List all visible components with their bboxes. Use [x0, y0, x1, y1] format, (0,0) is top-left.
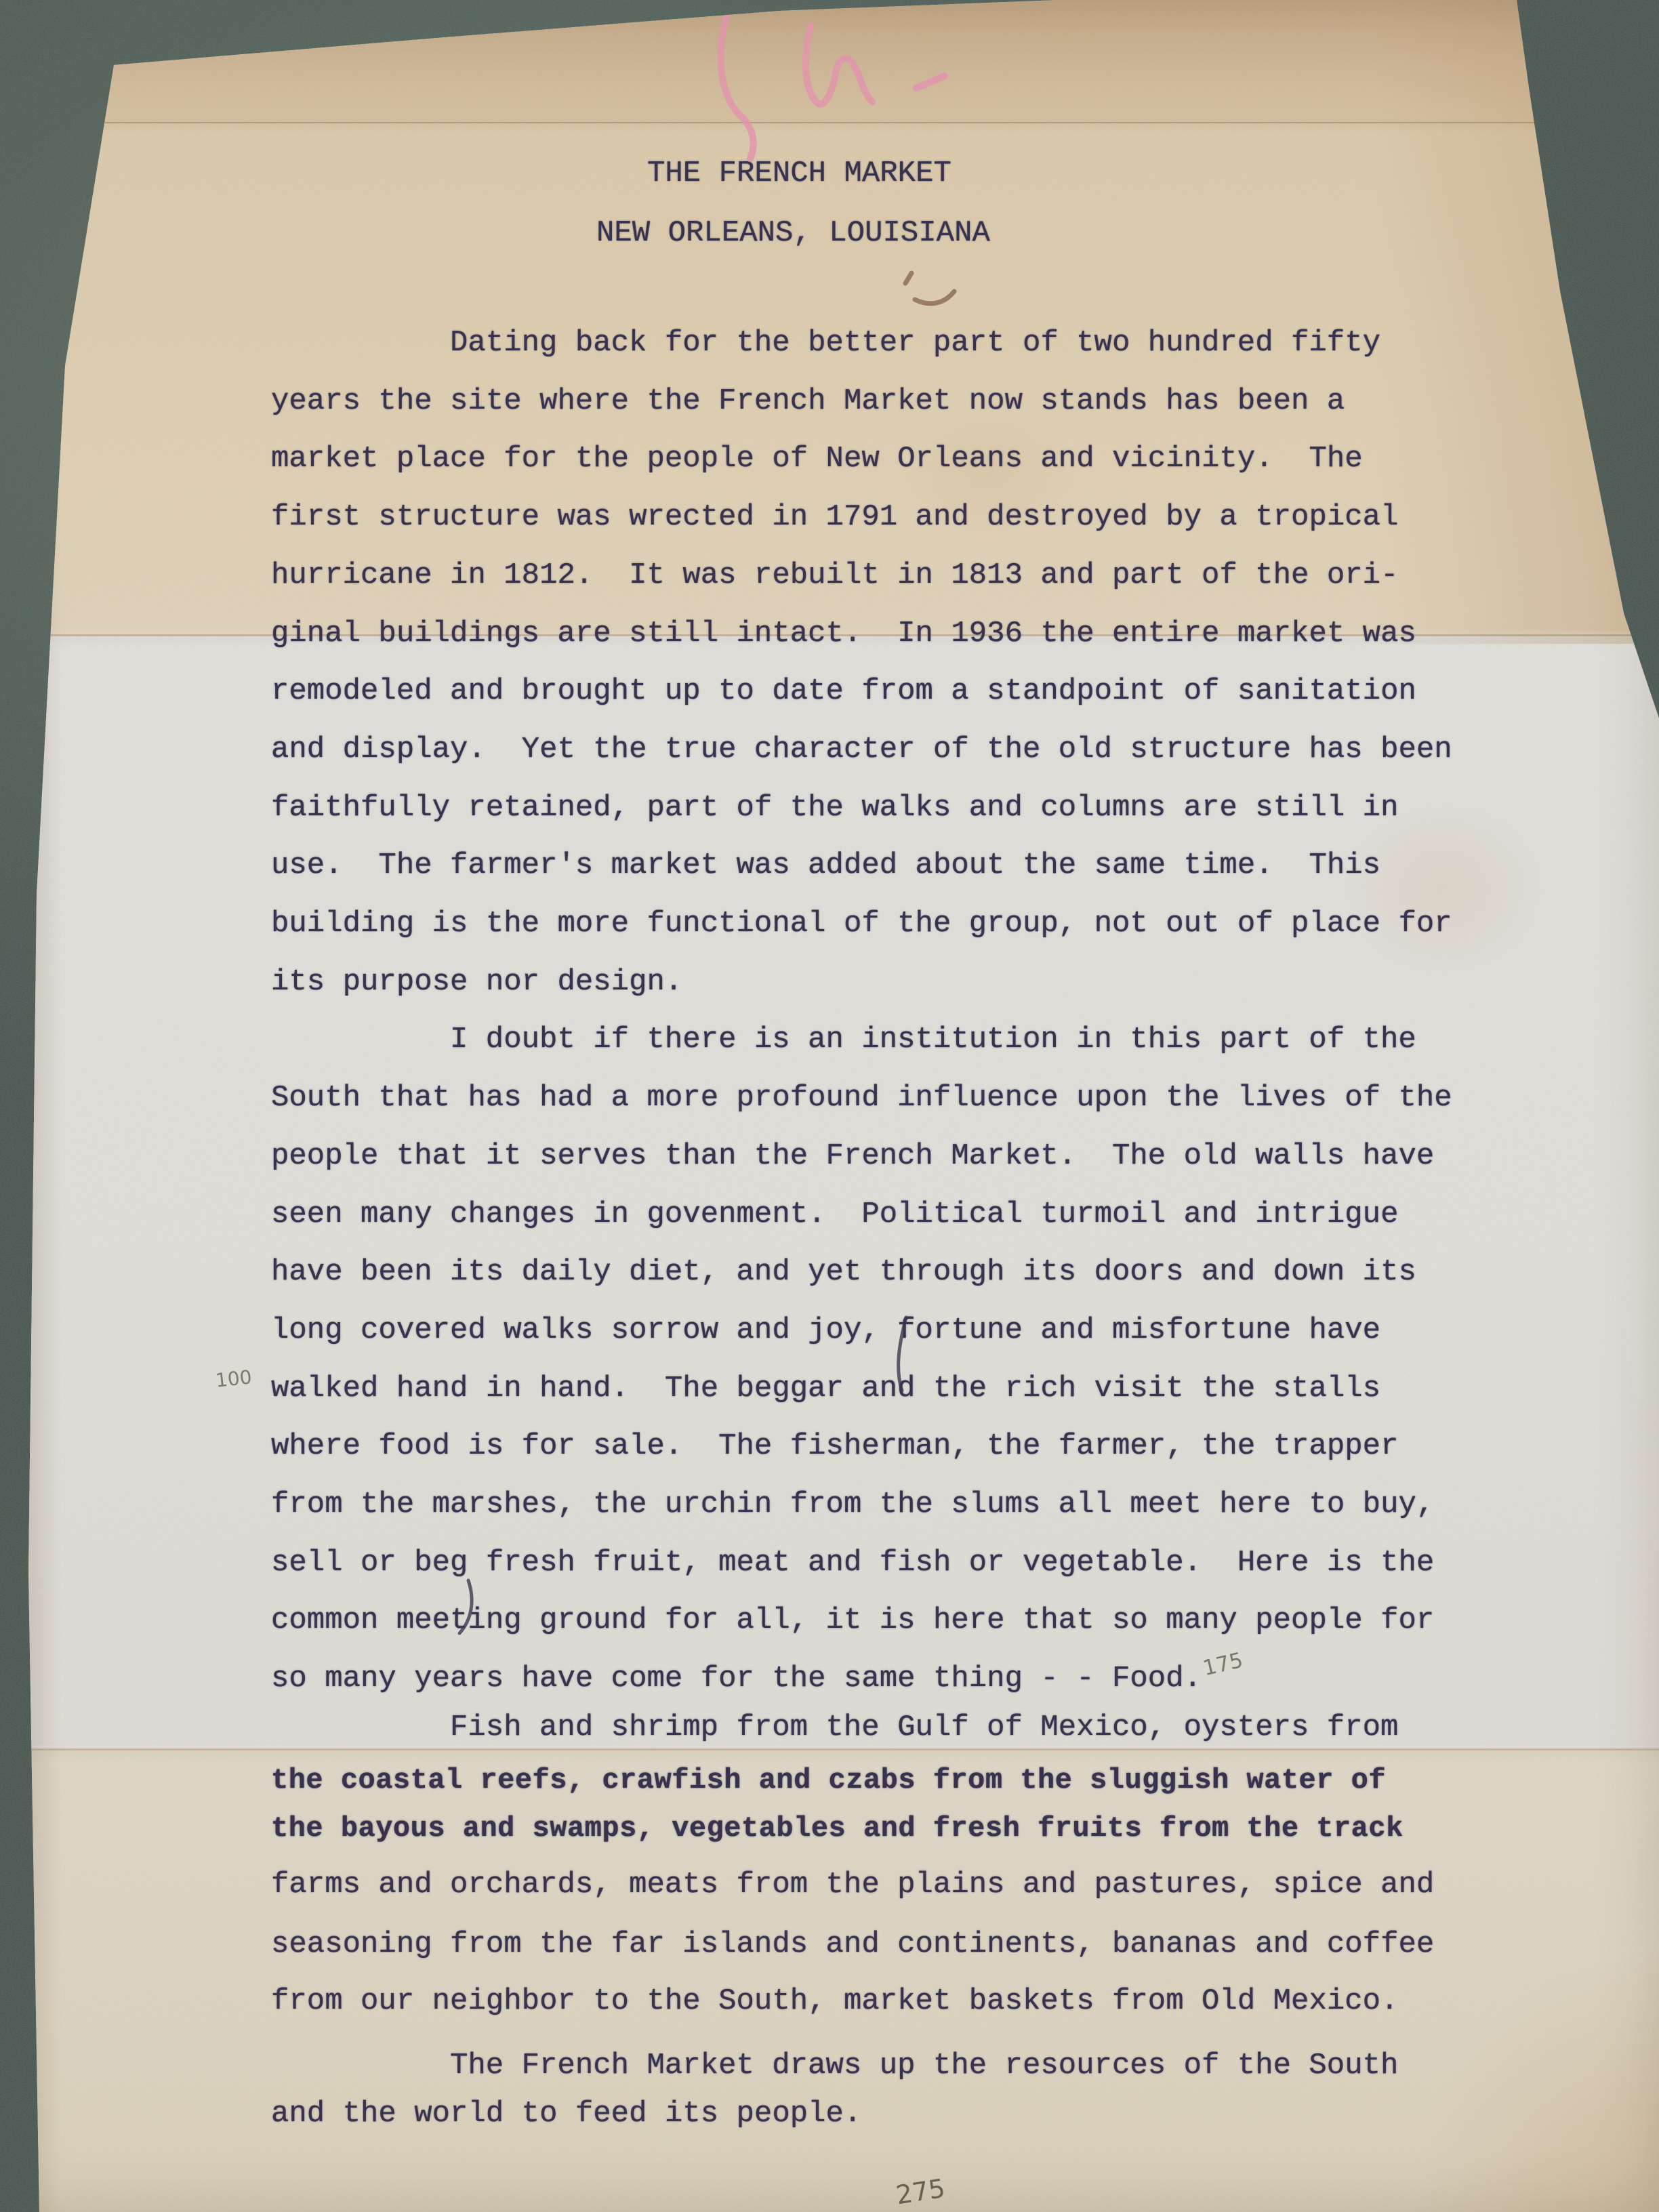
photo-vignette [0, 0, 1659, 2212]
photo-of-typewritten-document: THE FRENCH MARKET NEW ORLEANS, LOUISIANA… [0, 0, 1659, 2212]
